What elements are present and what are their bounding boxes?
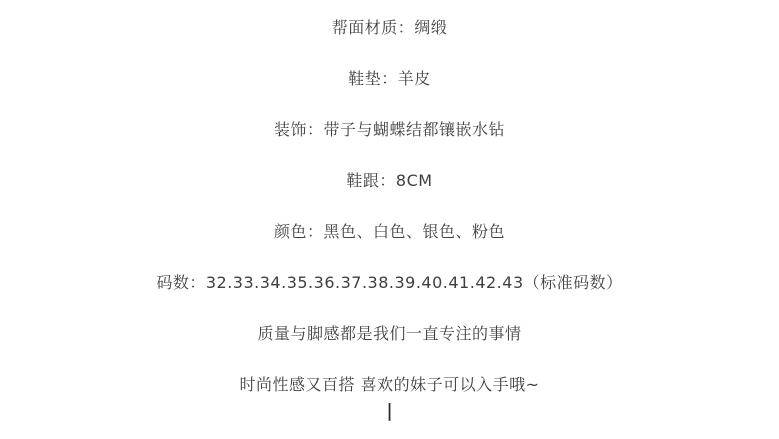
- caret-line: |: [0, 402, 779, 419]
- text-caret: |: [387, 401, 393, 420]
- detail-line-quality-note: 质量与脚感都是我们一直专注的事情: [0, 326, 779, 342]
- detail-line-colors: 颜色：黑色、白色、银色、粉色: [0, 224, 779, 240]
- detail-line-sizes: 码数：32.33.34.35.36.37.38.39.40.41.42.43（标…: [0, 275, 779, 291]
- detail-line-insole: 鞋垫：羊皮: [0, 71, 779, 87]
- product-description-area[interactable]: 帮面材质：绸缎 鞋垫：羊皮 装饰：带子与蝴蝶结都镶嵌水钻 鞋跟：8CM 颜色：黑…: [0, 0, 779, 439]
- detail-line-upper-material: 帮面材质：绸缎: [0, 20, 779, 36]
- detail-line-heel-height: 鞋跟：8CM: [0, 173, 779, 189]
- detail-line-style-note: 时尚性感又百搭 喜欢的妹子可以入手哦~: [0, 377, 779, 393]
- detail-line-decoration: 装饰：带子与蝴蝶结都镶嵌水钻: [0, 122, 779, 138]
